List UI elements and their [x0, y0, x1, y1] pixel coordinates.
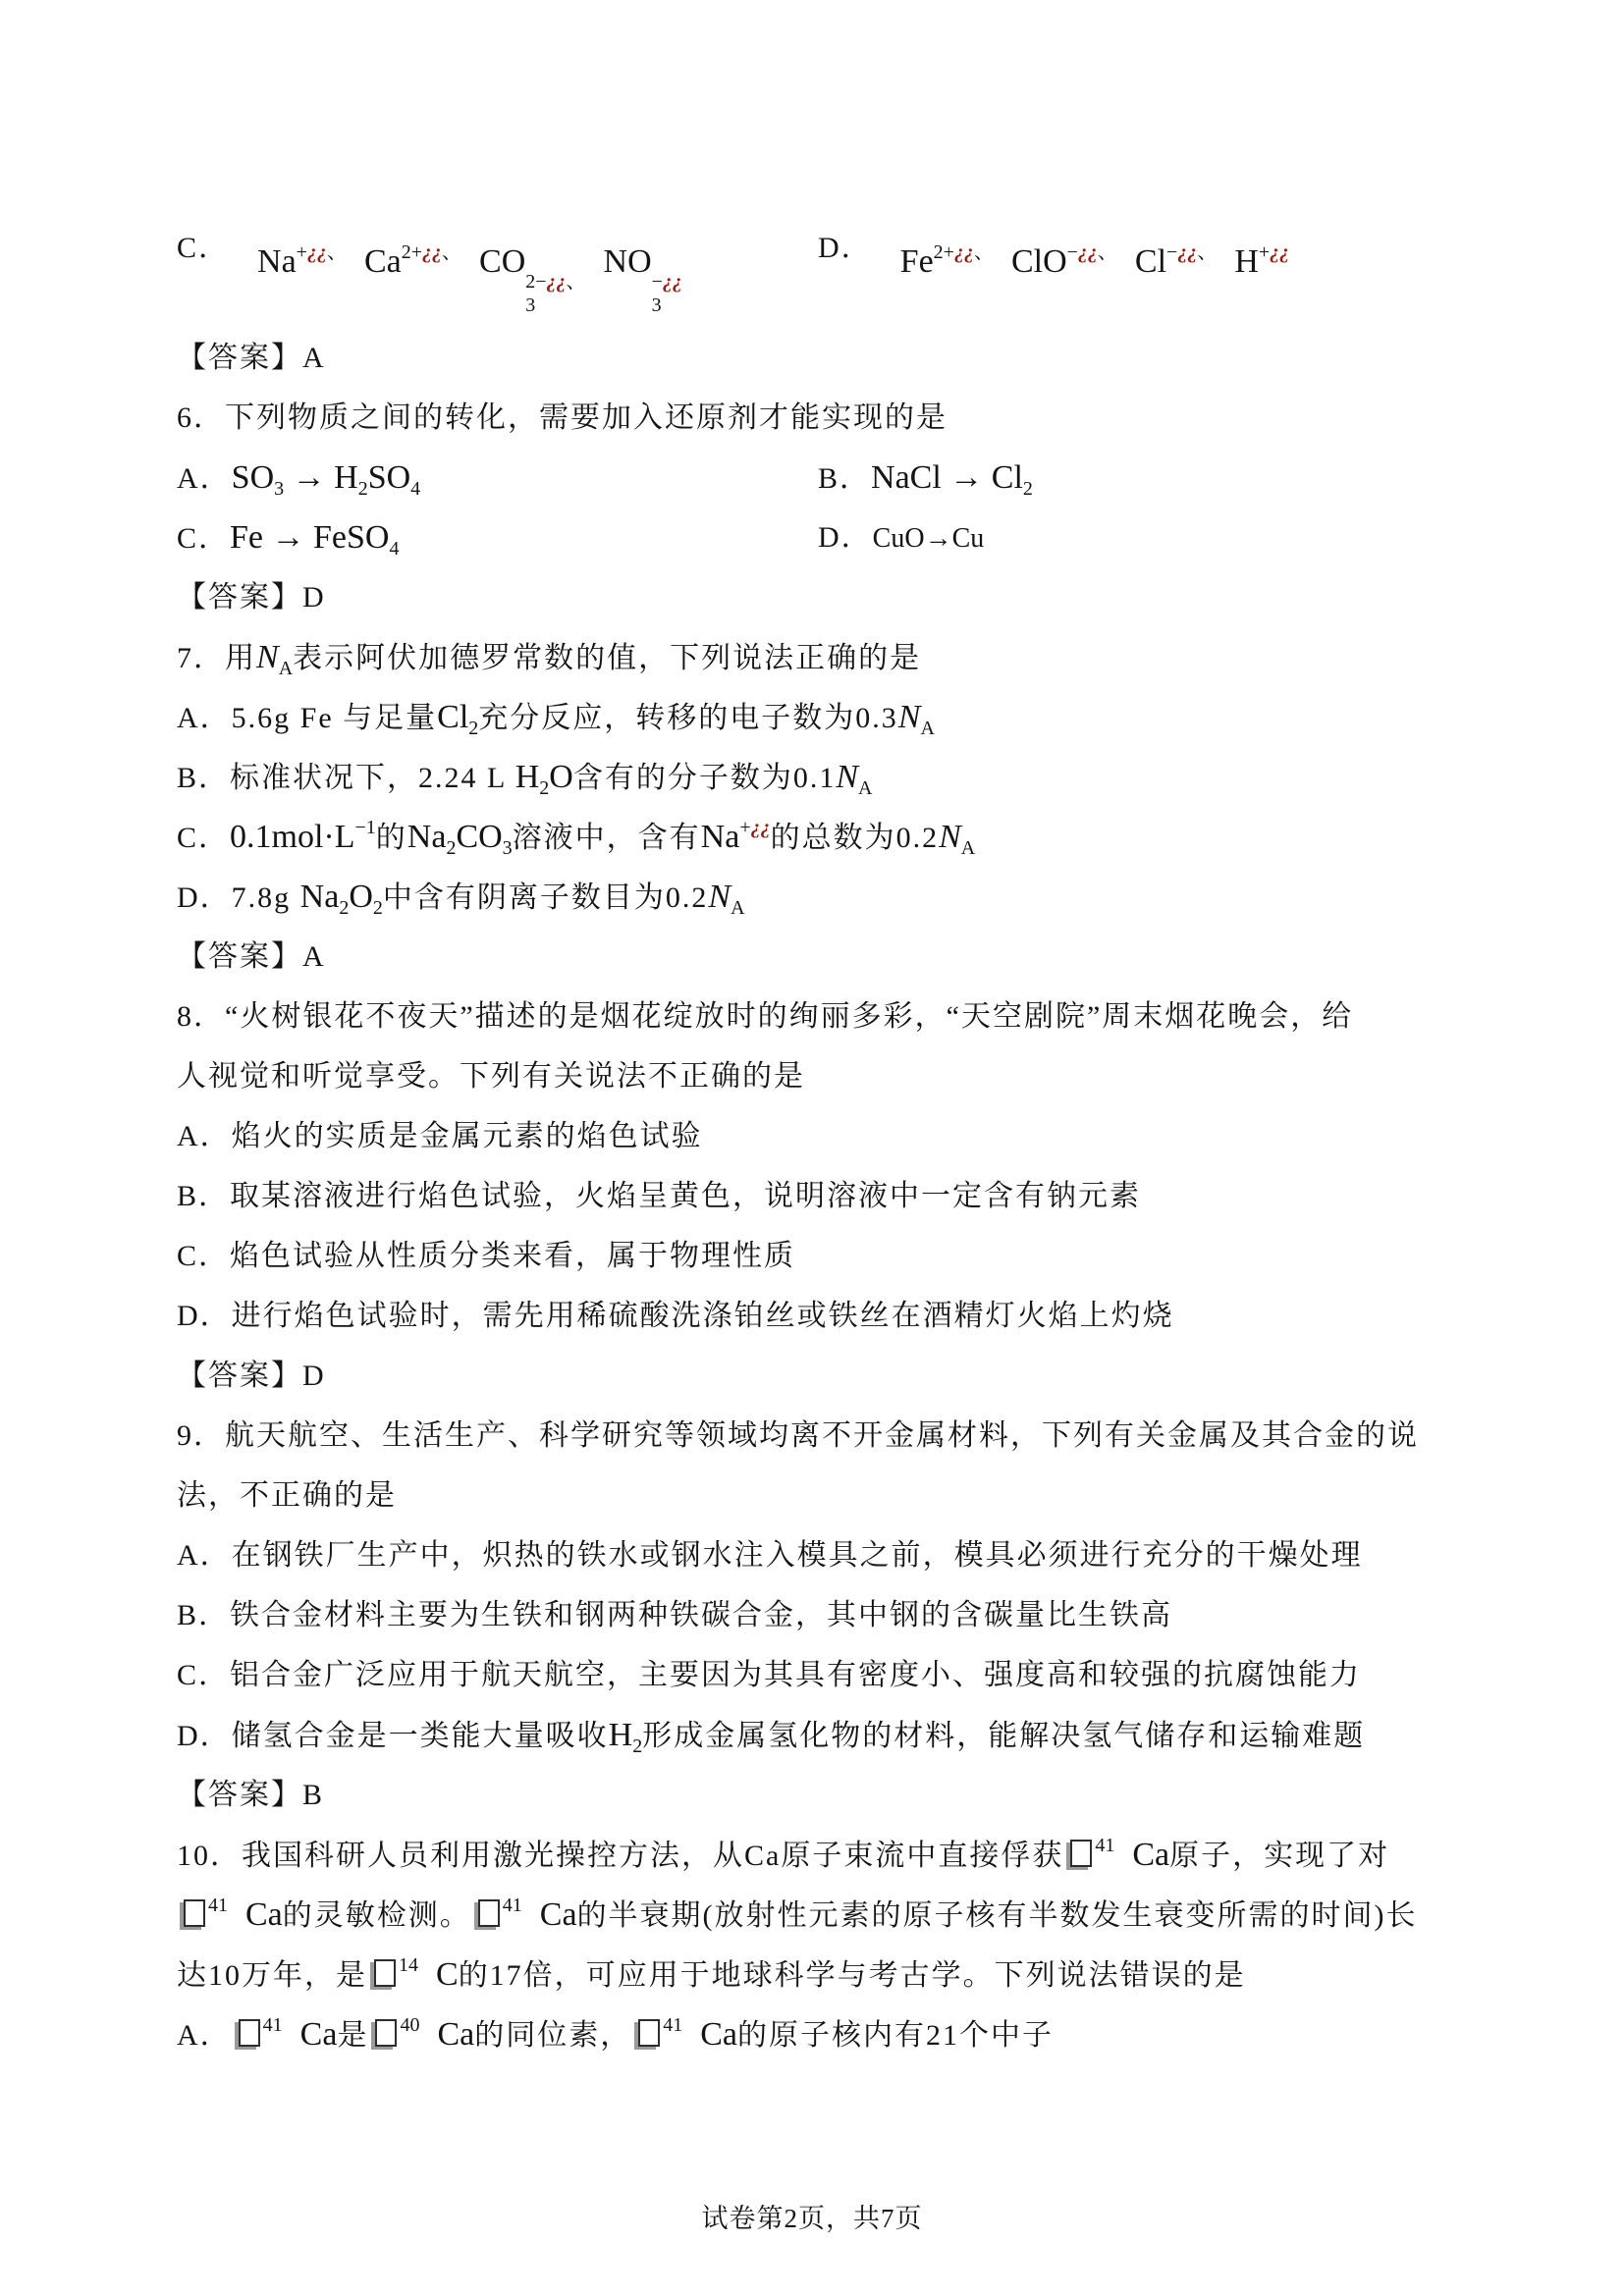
chem-formula-run: SO [368, 459, 410, 496]
subscript-text: A [920, 718, 934, 739]
question-line: 9．航天航空、生活生产、科学研究等领域均离不开金属材料，下列有关金属及其合金的说 [177, 1406, 1483, 1466]
superscript-text: 41 [503, 1895, 522, 1916]
chem-formula-run: C [436, 1956, 459, 1993]
text-run: C． [177, 822, 230, 854]
question-line: 7．用NA表示阿伏加德罗常数的值，下列说法正确的是 [177, 627, 1483, 687]
missing-equation-mark: ¿¿ [1270, 241, 1289, 263]
missing-equation-mark: ¿¿ [307, 241, 327, 263]
italic-symbol: N [939, 819, 961, 855]
question-line: B．标准状况下，2.24 L H2O含有的分子数为0.1NA [177, 747, 1483, 807]
text-run: 中含有阴离子数目为0.2 [383, 881, 709, 914]
superscript-text: 、 [327, 241, 347, 263]
text-run: A．5.6g Fe 与足量 [177, 702, 437, 734]
text-run: 10．我国科研人员利用激光操控方法，从Ca原子束流中直接俘获 [177, 1840, 1063, 1872]
superscript-text: − [1067, 241, 1078, 263]
question-line: 人视觉和听觉享受。下列有关说法不正确的是 [177, 1046, 1483, 1106]
chem-formula-run: Cl [1135, 243, 1166, 280]
text-run: 8．“火树银花不夜天”描述的是烟花绽放时的绚丽多彩，“天空剧院”周末烟花晚会，给 [177, 1000, 1353, 1033]
chem-formula-run: CO [479, 243, 525, 280]
question-line: C．0.1mol·L−1的Na2CO3溶液中，含有Na+¿¿的总数为0.2NA [177, 807, 1483, 867]
missing-glyph-box [1070, 1840, 1092, 1867]
superscript-text: 、 [1098, 241, 1117, 263]
text-run: 7．用 [177, 642, 256, 674]
missing-equation-mark: ¿¿ [663, 271, 682, 293]
text-run: 【答案】A [177, 940, 326, 973]
option-cell: C．Fe → FeSO4 [177, 507, 818, 567]
text-run: 的灵敏检测。 [283, 1899, 471, 1932]
chem-formula-run: O [549, 759, 573, 795]
option-cell: C．Na+¿¿、Ca2+¿¿、CO2−¿¿、3NO−¿¿3 [177, 218, 818, 328]
missing-glyph-box [184, 1899, 205, 1927]
text-run: B．铁合金材料主要为生铁和钢两种铁碳合金，其中钢的含碳量比生铁高 [177, 1599, 1172, 1631]
question-line: C．铝合金广泛应用于航天航空，主要因为其具有密度小、强度高和较强的抗腐蚀能力 [177, 1645, 1483, 1705]
text-run: 原子，实现了对 [1169, 1840, 1389, 1872]
question-line: D．7.8g Na2O2中含有阴离子数目为0.2NA [177, 867, 1483, 927]
superscript-text: 41 [663, 2014, 682, 2036]
question-line: 8．“火树银花不夜天”描述的是烟花绽放时的绚丽多彩，“天空剧院”周末烟花晚会，给 [177, 987, 1483, 1046]
chem-formula-run: SO [232, 459, 274, 496]
page-footer: 试卷第2页，共7页 [0, 2197, 1624, 2235]
subscript-text: A [858, 777, 872, 799]
superscript-text: 、 [974, 241, 994, 263]
subscript-text: 2 [632, 1735, 642, 1757]
question-line: B．取某溶液进行焰色试验，火焰呈黄色，说明溶液中一定含有钠元素 [177, 1166, 1483, 1226]
missing-glyph-box [638, 2019, 660, 2047]
text-run: C．焰色试验从性质分类来看，属于物理性质 [177, 1240, 795, 1272]
option-label: D． [818, 218, 873, 263]
missing-glyph-box [375, 2019, 397, 2047]
missing-glyph-box [374, 1959, 396, 1987]
chem-formula-run: Na [701, 819, 740, 855]
text-run: 【答案】A [177, 342, 326, 374]
subscript-text: 3 [652, 295, 682, 315]
text-run: B．取某溶液进行焰色试验，火焰呈黄色，说明溶液中一定含有钠元素 [177, 1180, 1141, 1212]
question-line: A．在钢铁厂生产中，炽热的铁水或钢水注入模具之前，模具必须进行充分的干燥处理 [177, 1525, 1483, 1585]
question-line: A．焰火的实质是金属元素的焰色试验 [177, 1106, 1483, 1166]
superscript-text: 、 [1197, 241, 1217, 263]
subscript-text: 2 [339, 897, 349, 919]
superscript-text: − [1166, 241, 1177, 263]
text-run: 人视觉和听觉享受。下列有关说法不正确的是 [177, 1060, 805, 1093]
chem-formula-run: Ca [245, 1896, 283, 1933]
chem-formula-run: H [1234, 243, 1259, 280]
subscript-text: A [279, 658, 293, 679]
italic-symbol: N [256, 639, 279, 675]
chem-formula-run: Cl [437, 699, 468, 735]
superscript-text: + [297, 241, 307, 263]
superscript-text: 14 [399, 1954, 418, 1976]
subscript-text: 2 [373, 897, 383, 919]
question-line: A．5.6g Fe 与足量Cl2充分反应，转移的电子数为0.3NA [177, 687, 1483, 747]
superscript-text: 40 [400, 2014, 419, 2036]
chem-formula-run: Ca [300, 2016, 338, 2053]
text-run: 是 [337, 2019, 368, 2052]
text-run: 6．下列物质之间的转化，需要加入还原剂才能实现的是 [177, 401, 947, 434]
text-run: 充分反应，转移的电子数为0.3 [478, 702, 898, 734]
chem-formula-run: Ca [364, 243, 402, 280]
text-run: 含有的分子数为0.1 [573, 762, 837, 794]
options-row: A．SO3 → H2SO4B．NaCl → Cl2 [177, 448, 1483, 507]
text-run: 的同位素， [474, 2019, 631, 2052]
text-run: D． [818, 521, 873, 554]
answer-line: 【答案】A [177, 927, 1483, 987]
options-row: C．Fe → FeSO4D．CuO→Cu [177, 507, 1483, 567]
subscript-text: 2 [1023, 478, 1033, 500]
subscript-text: 2 [358, 478, 368, 500]
chem-formula-run: Na [407, 819, 447, 855]
answer-line: 【答案】B [177, 1765, 1483, 1825]
chem-formula-run: Na [257, 243, 297, 280]
chem-formula-run: H [609, 1717, 633, 1753]
text-run: 的原子核内有21个中子 [737, 2019, 1054, 2052]
subscript-text: 4 [389, 538, 399, 560]
text-run: A． [177, 462, 232, 495]
text-run: B． [818, 462, 871, 495]
italic-symbol: N [708, 879, 731, 915]
question-line: 法，不正确的是 [177, 1466, 1483, 1525]
subscript-text: A [961, 837, 975, 859]
text-run: C．铝合金广泛应用于航天航空，主要因为其具有密度小、强度高和较强的抗腐蚀能力 [177, 1659, 1361, 1691]
stacked-scripts: −¿¿3 [652, 272, 682, 315]
answer-line: 【答案】D [177, 567, 1483, 627]
subscript-text: 2 [468, 718, 478, 739]
text-run: 的17倍，可应用于地球科学与考古学。下列说法错误的是 [459, 1959, 1246, 1992]
question-line: D．进行焰色试验时，需先用稀硫酸洗涤铂丝或铁丝在酒精灯火焰上灼烧 [177, 1286, 1483, 1346]
missing-glyph-box [478, 1899, 500, 1927]
option-cell: D．Fe2+¿¿、ClO−¿¿、Cl−¿¿、H+¿¿ [818, 218, 1483, 328]
chem-formula-run: CO [456, 819, 502, 855]
superscript-text: 41 [1095, 1835, 1114, 1856]
chem-formula-run: → H [284, 459, 358, 496]
chem-formula-run: ClO [1011, 243, 1067, 280]
question-line: 6．下列物质之间的转化，需要加入还原剂才能实现的是 [177, 388, 1483, 448]
option-cell: A．SO3 → H2SO4 [177, 448, 818, 507]
text-run: 的总数为0.2 [771, 822, 940, 854]
text-run: 法，不正确的是 [177, 1479, 397, 1512]
superscript-text: + [1259, 241, 1270, 263]
formula-body: Fe2+¿¿、ClO−¿¿、Cl−¿¿、H+¿¿ [900, 218, 1290, 279]
chem-formula-run: Ca [540, 1896, 577, 1933]
chem-formula-run: NaCl → Cl [871, 459, 1023, 496]
text-run: A．焰火的实质是金属元素的焰色试验 [177, 1120, 703, 1152]
superscript-text: 2+ [402, 241, 422, 263]
question-line: B．铁合金材料主要为生铁和钢两种铁碳合金，其中钢的含碳量比生铁高 [177, 1585, 1483, 1645]
text-run: 表示阿伏加德罗常数的值，下列说法正确的是 [293, 642, 921, 674]
text-run: A． [177, 2019, 232, 2052]
stacked-scripts: 2−¿¿、3 [525, 272, 585, 315]
option-label: C． [177, 218, 230, 263]
option-cell: B．NaCl → Cl2 [818, 448, 1483, 507]
text-run: 的半衰期(放射性元素的原子核有半数发生衰变所需的时间)长 [577, 1899, 1418, 1932]
text-run: B．标准状况下，2.24 L [177, 762, 515, 794]
superscript-text: 2− [525, 271, 546, 293]
superscript-text: −1 [355, 817, 376, 838]
answer-line: 【答案】D [177, 1346, 1483, 1406]
missing-glyph-box [239, 2019, 260, 2047]
text-run: D．储氢合金是一类能大量吸收 [177, 1720, 609, 1752]
chem-formula-run: Fe → FeSO [230, 519, 389, 556]
missing-equation-mark: ¿¿ [1078, 241, 1098, 263]
subscript-text: 2 [446, 837, 456, 859]
text-run: 达10万年，是 [177, 1959, 367, 1992]
exam-content: C．Na+¿¿、Ca2+¿¿、CO2−¿¿、3NO−¿¿3D．Fe2+¿¿、Cl… [177, 218, 1483, 2064]
superscript-text: + [739, 817, 750, 838]
italic-symbol: N [898, 699, 921, 735]
chem-formula-run: O [349, 879, 373, 915]
subscript-text: 3 [525, 295, 585, 315]
chem-formula-run: 0.1mol·L [230, 819, 354, 855]
question-line: C．焰色试验从性质分类来看，属于物理性质 [177, 1226, 1483, 1286]
text-run: 【答案】D [177, 581, 326, 614]
superscript-text: 2+ [934, 241, 954, 263]
chem-formula-run: NO [604, 243, 652, 280]
text-run: C． [177, 522, 230, 555]
subscript-text: 4 [410, 478, 420, 500]
italic-symbol: N [836, 759, 858, 795]
exam-document-page: C．Na+¿¿、Ca2+¿¿、CO2−¿¿、3NO−¿¿3D．Fe2+¿¿、Cl… [0, 0, 1624, 2296]
question-line: 10．我国科研人员利用激光操控方法，从Ca原子束流中直接俘获41Ca原子，实现了… [177, 1825, 1483, 1885]
superscript-text: 41 [208, 1895, 228, 1916]
text-run: A．在钢铁厂生产中，炽热的铁水或钢水注入模具之前，模具必须进行充分的干燥处理 [177, 1539, 1363, 1572]
question-line: D．储氢合金是一类能大量吸收H2形成金属氢化物的材料，能解决氢气储存和运输难题 [177, 1705, 1483, 1765]
text-run: 的 [376, 822, 407, 854]
chem-formula-run: Ca [700, 2016, 737, 2053]
answer-line: 【答案】A [177, 328, 1483, 388]
chem-formula-run: Ca [1132, 1837, 1169, 1873]
subscript-text: 2 [539, 777, 549, 799]
formula-body: Na+¿¿、Ca2+¿¿、CO2−¿¿、3NO−¿¿3 [257, 218, 682, 315]
plain-formula-run: CuO→Cu [873, 523, 985, 554]
text-run: 9．航天航空、生活生产、科学研究等领域均离不开金属材料，下列有关金属及其合金的说 [177, 1419, 1419, 1452]
formula-options-row: C．Na+¿¿、Ca2+¿¿、CO2−¿¿、3NO−¿¿3D．Fe2+¿¿、Cl… [177, 218, 1483, 328]
missing-equation-mark: ¿¿ [751, 817, 771, 838]
text-run: 【答案】D [177, 1360, 326, 1392]
text-run: D．7.8g [177, 881, 300, 914]
text-run: 形成金属氢化物的材料，能解决氢气储存和运输难题 [642, 1720, 1365, 1752]
missing-equation-mark: ¿¿ [1177, 241, 1197, 263]
text-run: 溶液中，含有 [513, 822, 701, 854]
superscript-text: − [652, 271, 663, 293]
question-line: 达10万年，是14C的17倍，可应用于地球科学与考古学。下列说法错误的是 [177, 1945, 1483, 2004]
chem-formula-run: Fe [900, 243, 934, 280]
option-cell: D．CuO→Cu [818, 507, 1483, 567]
missing-equation-mark: ¿¿ [547, 271, 567, 293]
superscript-text: 、 [442, 241, 461, 263]
text-run: D．进行焰色试验时，需先用稀硫酸洗涤铂丝或铁丝在酒精灯火焰上灼烧 [177, 1300, 1174, 1332]
subscript-text: 3 [503, 837, 513, 859]
text-run: 【答案】B [177, 1779, 324, 1811]
question-line: 41Ca的灵敏检测。41Ca的半衰期(放射性元素的原子核有半数发生衰变所需的时间… [177, 1885, 1483, 1945]
missing-equation-mark: ¿¿ [954, 241, 974, 263]
chem-formula-run: Na [300, 879, 340, 915]
subscript-text: A [731, 897, 744, 919]
superscript-text: 、 [567, 271, 586, 293]
question-line: A．41Ca是40Ca的同位素，41Ca的原子核内有21个中子 [177, 2004, 1483, 2064]
chem-formula-run: Ca [437, 2016, 474, 2053]
superscript-text: 41 [263, 2014, 283, 2036]
missing-equation-mark: ¿¿ [422, 241, 442, 263]
chem-formula-run: H [515, 759, 540, 795]
subscript-text: 3 [274, 478, 284, 500]
